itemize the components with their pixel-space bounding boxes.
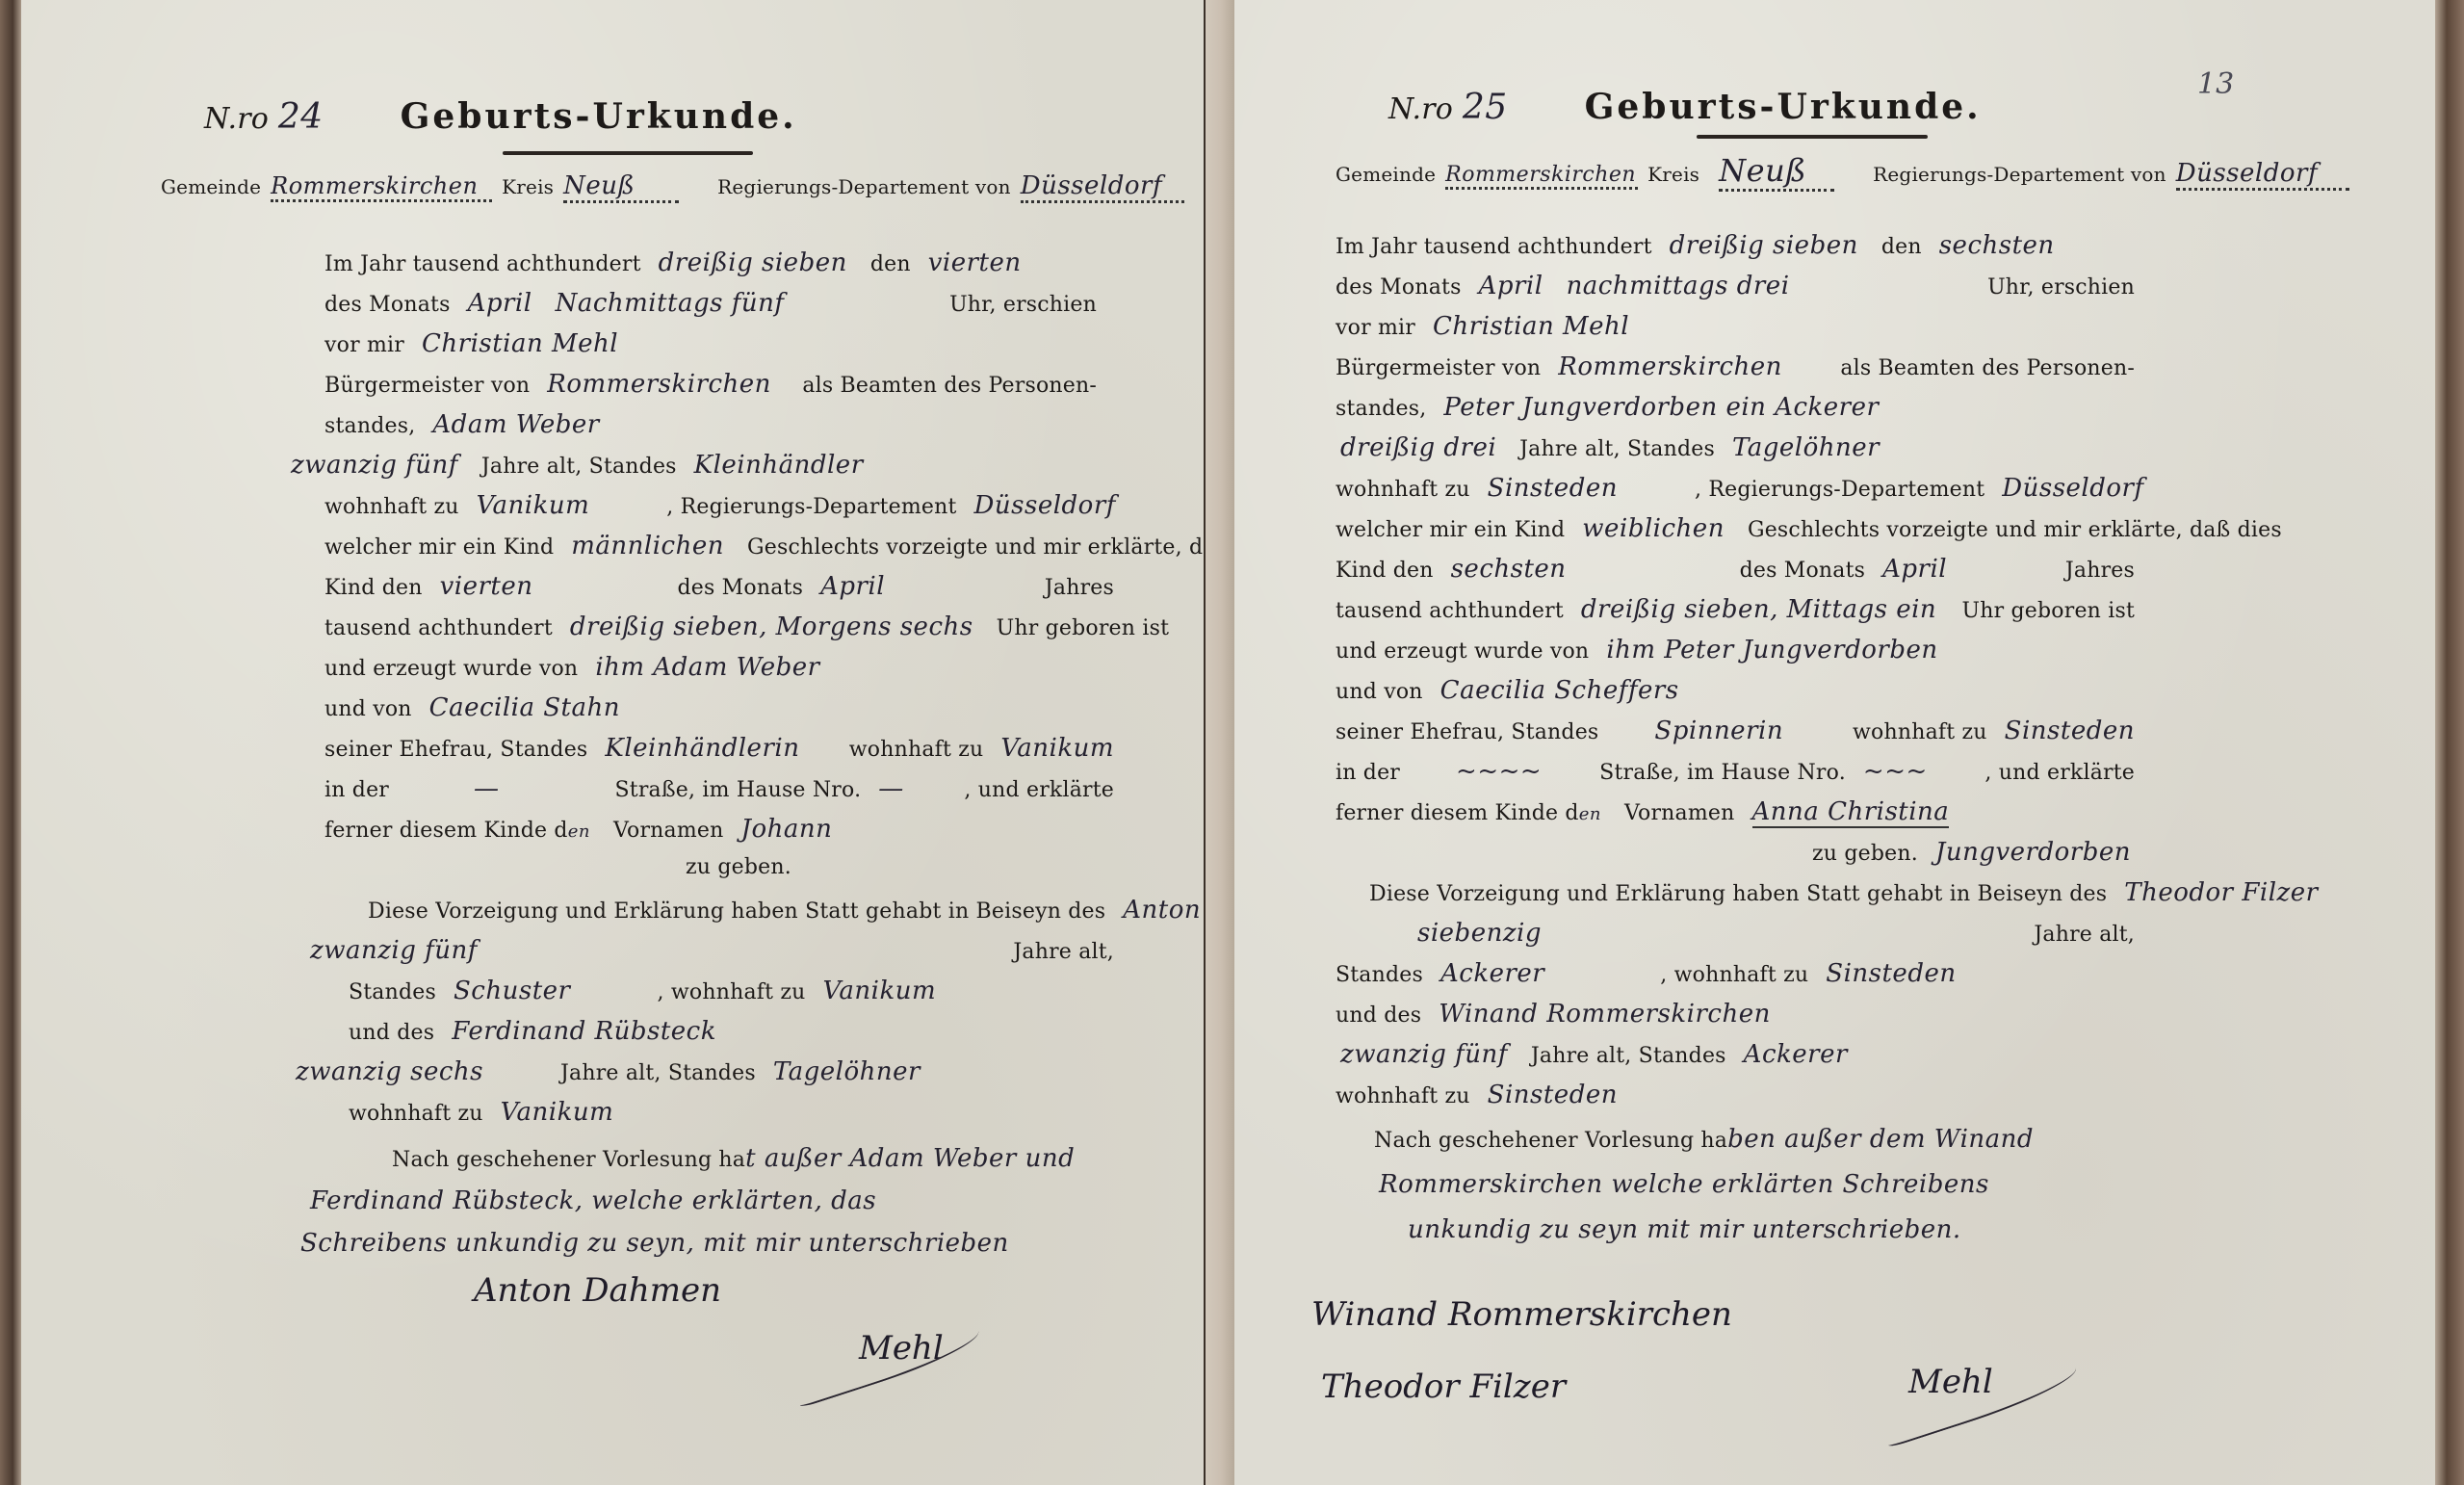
mother-residence-value: Vanikum <box>1000 734 1114 763</box>
given-name-value: Anna Christina <box>1752 797 1950 828</box>
kreis-value: Neuß <box>1719 152 1834 192</box>
label: Kind den <box>324 576 423 600</box>
label: seiner Ehefrau, Standes <box>1336 720 1598 744</box>
label: Jahres <box>2065 559 2135 583</box>
label: ferner diesem Kinde d <box>324 819 568 843</box>
year-value: dreißig sieben <box>1670 231 1858 260</box>
label: Diese Vorzeigung und Erklärung haben Sta… <box>368 899 1105 924</box>
label: , und erklärte <box>1984 761 2135 785</box>
certificate-number: N.ro 25 <box>1388 88 1508 127</box>
line-official: vor mir Christian Mehl <box>324 329 641 358</box>
line-witness1-standes: Standes Ackerer , wohnhaft zu Sinsteden <box>1336 959 1980 988</box>
nr-prefix: N.ro <box>204 102 269 136</box>
label: Uhr, erschien <box>1987 275 2135 300</box>
line-street: in der ~~~~ Straße, im Hause Nro. ~~~ , … <box>1336 757 2135 786</box>
declarant-departement-value: Düsseldorf <box>2002 474 2143 503</box>
label: standes, <box>324 414 415 438</box>
witness2-standes-value: Ackerer <box>1744 1040 1848 1069</box>
label: Straße, im Hause Nro. <box>615 778 862 802</box>
line-child-sex: welcher mir ein Kind männlichen Geschlec… <box>324 532 1114 560</box>
birth-day-value: vierten <box>440 572 533 601</box>
witness1-standes-value: Schuster <box>454 977 570 1005</box>
line-declarant-residence: wohnhaft zu Vanikum , Regierungs-Departe… <box>324 491 1139 520</box>
label: Uhr geboren ist <box>1961 599 2135 623</box>
line-witness2: und des Winand Rommerskirchen <box>1336 1000 1794 1029</box>
nr-value: 25 <box>1463 88 1508 127</box>
declarant-standes-value: Kleinhändler <box>694 451 864 480</box>
signature-witness-1: Winand Rommerskirchen <box>1311 1295 1732 1334</box>
certificate-title: Geburts-Urkunde. <box>1585 87 1982 127</box>
line-declarant-age: zwanzig fünf Jahre alt, Standes Kleinhän… <box>291 451 887 480</box>
mother-residence-value: Sinsteden <box>2005 716 2135 745</box>
article-value: en <box>1579 804 1601 824</box>
certificate-title: Geburts-Urkunde. <box>401 96 797 137</box>
label: Geschlechts vorzeigte und mir erklärte, … <box>747 535 1282 560</box>
line-father: und erzeugt wurde von ihm Adam Weber <box>324 653 843 682</box>
witness1-age-value: siebenzig <box>1417 919 1542 948</box>
witness1-residence-value: Vanikum <box>823 977 937 1005</box>
label: zu geben. <box>1812 842 1918 866</box>
line-declarant-age: dreißig drei Jahre alt, Standes Tagelöhn… <box>1340 433 1903 462</box>
child-sex-value: männlichen <box>571 532 724 560</box>
label: tausend achthundert <box>324 616 553 640</box>
time-value: nachmittags drei <box>1567 272 1790 300</box>
label: , wohnhaft zu <box>1660 963 1808 987</box>
line-mother: und von Caecilia Scheffers <box>1336 676 1702 705</box>
label: in der <box>324 778 389 802</box>
label: Vornamen <box>1624 801 1735 825</box>
label: Uhr geboren ist <box>997 616 1170 640</box>
line-month: des Monats April nachmittags drei Uhr, e… <box>1336 272 2135 300</box>
line-closing-3: unkundig zu seyn mit mir unterschrieben. <box>1408 1215 1984 1244</box>
line-buergermeister: Bürgermeister von Rommerskirchen als Bea… <box>1336 352 2135 381</box>
birth-month-value: April <box>1882 555 1947 584</box>
label: , wohnhaft zu <box>657 980 805 1004</box>
label: seiner Ehefrau, Standes <box>324 738 587 762</box>
closing-value: ben außer dem Winand <box>1727 1125 2034 1154</box>
line-year: Im Jahr tausend achthundert dreißig sieb… <box>1336 231 2078 260</box>
line-witness2-age: zwanzig sechs Jahre alt, Standes Tagelöh… <box>296 1057 944 1086</box>
father-value: ihm Peter Jungverdorben <box>1606 636 1937 664</box>
closing-line2-value: Rommerskirchen welche erklärten Schreibe… <box>1379 1170 1989 1199</box>
line-birth-year: tausend achthundert dreißig sieben, Morg… <box>324 612 1114 641</box>
departement-value: Düsseldorf <box>2176 159 2349 191</box>
signature-witness: Anton Dahmen <box>474 1271 721 1310</box>
birth-month-value: April <box>820 572 885 601</box>
book-gutter <box>1204 0 1236 1485</box>
label: wohnhaft zu <box>324 495 459 519</box>
label: des Monats <box>1336 275 1462 300</box>
kreis-label: Kreis <box>502 175 554 198</box>
label: , Regierungs-Departement <box>1695 478 1984 502</box>
line-witness2: und des Ferdinand Rübsteck <box>349 1017 739 1046</box>
title-rule <box>1697 135 1928 139</box>
declarant-age-value: dreißig drei <box>1340 433 1496 462</box>
line-given-name: ferner diesem Kinde d en Vornamen Anna C… <box>1336 797 1972 828</box>
declarant-value: Adam Weber <box>432 410 599 439</box>
line-witness1-age: zwanzig fünf Jahre alt, <box>310 936 1114 965</box>
line-zu-geben: zu geben. <box>686 855 809 879</box>
line-witness1-standes: Standes Schuster , wohnhaft zu Vanikum <box>349 977 959 1005</box>
closing-line2-value: Ferdinand Rübsteck, welche erklärten, da… <box>310 1186 876 1215</box>
line-buergermeister: Bürgermeister von Rommerskirchen als Bea… <box>324 370 1114 399</box>
certificate-25: N.ro 25 Geburts-Urkunde. Gemeinde Rommer… <box>1234 0 2435 1485</box>
label: vor mir <box>1336 316 1415 340</box>
line-witness2-age: zwanzig fünf Jahre alt, Standes Ackerer <box>1340 1040 1871 1069</box>
line-mother-standes: seiner Ehefrau, Standes Kleinhändlerin w… <box>324 734 1114 763</box>
label: zu geben. <box>686 855 791 879</box>
label: und erzeugt wurde von <box>1336 639 1589 664</box>
year-value: dreißig sieben <box>659 248 847 277</box>
label: und von <box>324 697 412 721</box>
declarant-value: Peter Jungverdorben ein Ackerer <box>1443 393 1879 422</box>
mother-value: Caecilia Stahn <box>429 693 620 722</box>
label: Uhr, erschien <box>949 293 1097 317</box>
nr-value: 24 <box>278 97 324 137</box>
label: als Beamten des Personen- <box>802 374 1097 398</box>
line-birth-year: tausend achthundert dreißig sieben, Mitt… <box>1336 595 2135 624</box>
street-value: ~~~~ <box>1456 757 1542 786</box>
label: Standes <box>349 980 436 1004</box>
gemeinde-label: Gemeinde <box>161 175 261 198</box>
mother-standes-value: Spinnerin <box>1654 716 1783 745</box>
label: Jahres <box>1045 576 1114 600</box>
mother-value: Caecilia Scheffers <box>1440 676 1679 705</box>
kreis-label: Kreis <box>1647 163 1699 186</box>
declarant-standes-value: Tagelöhner <box>1732 433 1880 462</box>
label: tausend achthundert <box>1336 599 1564 623</box>
label: Nach geschehener Vorlesung ha <box>1374 1129 1727 1153</box>
certificate-24: N.ro 24 Geburts-Urkunde. Gemeinde Rommer… <box>21 0 1204 1485</box>
line-mother: und von Caecilia Stahn <box>324 693 643 722</box>
line-official: vor mir Christian Mehl <box>1336 312 1652 341</box>
declarant-age-value: zwanzig fünf <box>291 451 458 480</box>
label: Bürgermeister von <box>1336 356 1541 380</box>
declarant-residence-value: Sinsteden <box>1488 474 1618 503</box>
line-closing: Nach geschehener Vorlesung ha ben außer … <box>1374 1125 2057 1154</box>
left-page: N.ro 24 Geburts-Urkunde. Gemeinde Rommer… <box>21 0 1204 1485</box>
label: als Beamten des Personen- <box>1840 356 2135 380</box>
witness2-value: Winand Rommerskirchen <box>1439 1000 1771 1029</box>
line-year: Im Jahr tausend achthundert dreißig sieb… <box>324 248 1045 277</box>
witness1-value: Theodor Filzer <box>2124 878 2318 907</box>
buergermeister-value: Rommerskirchen <box>547 370 771 399</box>
certificate-number: N.ro 24 <box>204 97 324 137</box>
label: und des <box>349 1021 434 1045</box>
label: welcher mir ein Kind <box>1336 518 1565 542</box>
line-witness2-residence: wohnhaft zu Sinsteden <box>1336 1081 1641 1109</box>
book-edge-right <box>2435 0 2464 1485</box>
book-edge-left <box>0 0 21 1485</box>
label: ferner diesem Kinde d <box>1336 801 1579 825</box>
article-value: en <box>568 821 590 842</box>
line-zu-geben: zu geben. Jungverdorben <box>1812 838 2154 867</box>
gemeinde-value: Rommerskirchen <box>271 172 492 202</box>
line-witness1: Diese Vorzeigung und Erklärung haben Sta… <box>1369 878 2342 907</box>
label: Jahre alt, Standes <box>1531 1044 1726 1068</box>
witness2-standes-value: Tagelöhner <box>773 1057 921 1086</box>
day-value: vierten <box>928 248 1022 277</box>
nr-prefix: N.ro <box>1388 92 1453 126</box>
line-witness1-age: siebenzig Jahre alt, <box>1417 919 2135 948</box>
label: Im Jahr tausend achthundert <box>1336 235 1652 259</box>
label: wohnhaft zu <box>849 738 984 762</box>
label: wohnhaft zu <box>1336 478 1470 502</box>
title-rule <box>503 151 753 155</box>
label: Bürgermeister von <box>324 374 530 398</box>
line-closing-3: Schreibens unkundig zu seyn, mit mir unt… <box>300 1229 1032 1258</box>
label: , Regierungs-Departement <box>666 495 956 519</box>
location-row: Gemeinde Rommerskirchen Kreis Neuß Regie… <box>161 171 1184 203</box>
birth-year-time-value: dreißig sieben, Mittags ein <box>1581 595 1936 624</box>
official-value: Christian Mehl <box>1433 312 1629 341</box>
departement-value: Düsseldorf <box>1021 171 1184 203</box>
label: Jahre alt, Standes <box>1519 437 1715 461</box>
book-spread: N.ro 24 Geburts-Urkunde. Gemeinde Rommer… <box>0 0 2464 1485</box>
line-birth-date: Kind den sechsten des Monats April Jahre… <box>1336 555 2135 584</box>
label: wohnhaft zu <box>349 1102 483 1126</box>
line-child-sex: welcher mir ein Kind weiblichen Geschlec… <box>1336 514 2135 543</box>
label: den <box>1881 235 1922 259</box>
label: , und erklärte <box>964 778 1114 802</box>
line-declarant: standes, Adam Weber <box>324 410 623 439</box>
line-given-name: ferner diesem Kinde d en Vornamen Johann <box>324 815 855 844</box>
witness1-standes-value: Ackerer <box>1440 959 1544 988</box>
kreis-value: Neuß <box>563 171 679 203</box>
label: standes, <box>1336 397 1426 421</box>
label: Vornamen <box>613 819 724 843</box>
closing-line3-value: unkundig zu seyn mit mir unterschrieben. <box>1408 1215 1961 1244</box>
mother-standes-value: Kleinhändlerin <box>605 734 799 763</box>
annotation-value: Jungverdorben <box>1935 838 2131 867</box>
line-street: in der — Straße, im Hause Nro. — , und e… <box>324 774 1114 803</box>
label: des Monats <box>324 293 451 317</box>
departement-label: Regierungs-Departement von <box>1873 163 2166 186</box>
line-closing: Nach geschehener Vorlesung ha t außer Ad… <box>392 1144 1098 1173</box>
witness2-value: Ferdinand Rübsteck <box>452 1017 716 1046</box>
label: Jahre alt, Standes <box>481 455 677 479</box>
line-closing-2: Rommerskirchen welche erklärten Schreibe… <box>1379 1170 2012 1199</box>
label: Straße, im Hause Nro. <box>1599 761 1846 785</box>
line-birth-date: Kind den vierten des Monats April Jahres <box>324 572 1114 601</box>
witness1-age-value: zwanzig fünf <box>310 936 478 965</box>
gemeinde-value: Rommerskirchen <box>1445 163 1638 190</box>
time-value: Nachmittags fünf <box>556 289 785 318</box>
label: Jahre alt, <box>2034 923 2135 947</box>
declarant-residence-value: Vanikum <box>477 491 590 520</box>
line-witness2-residence: wohnhaft zu Vanikum <box>349 1098 636 1127</box>
witness2-residence-value: Sinsteden <box>1488 1081 1618 1109</box>
departement-label: Regierungs-Departement von <box>717 175 1011 198</box>
witness2-age-value: zwanzig fünf <box>1340 1040 1508 1069</box>
closing-value: t außer Adam Weber und <box>745 1144 1075 1173</box>
label: Standes <box>1336 963 1423 987</box>
label: Jahre alt, <box>1013 940 1114 964</box>
label: wohnhaft zu <box>1336 1084 1470 1108</box>
line-witness1: Diese Vorzeigung und Erklärung haben Sta… <box>368 896 1341 925</box>
label: des Monats <box>678 576 804 600</box>
label: in der <box>1336 761 1400 785</box>
house-no-value: — <box>878 774 904 803</box>
label: Kind den <box>1336 559 1434 583</box>
gemeinde-label: Gemeinde <box>1336 163 1436 186</box>
label: wohnhaft zu <box>1853 720 1987 744</box>
location-row: Gemeinde Rommerskirchen Kreis Neuß Regie… <box>1336 152 2349 192</box>
label: welcher mir ein Kind <box>324 535 554 560</box>
day-value: sechsten <box>1939 231 2055 260</box>
witness2-age-value: zwanzig sechs <box>296 1057 483 1086</box>
house-no-value: ~~~ <box>1863 757 1928 786</box>
line-month: des Monats April Nachmittags fünf Uhr, e… <box>324 289 1114 318</box>
label: des Monats <box>1740 559 1866 583</box>
closing-line3-value: Schreibens unkundig zu seyn, mit mir unt… <box>300 1229 1009 1258</box>
label: Diese Vorzeigung und Erklärung haben Sta… <box>1369 882 2107 906</box>
label: und des <box>1336 1003 1421 1028</box>
label: und erzeugt wurde von <box>324 657 578 681</box>
label: Im Jahr tausend achthundert <box>324 252 641 276</box>
signature-witness-2: Theodor Filzer <box>1321 1368 1566 1406</box>
line-closing-2: Ferdinand Rübsteck, welche erklärten, da… <box>310 1186 899 1215</box>
label: Jahre alt, Standes <box>560 1061 756 1085</box>
label: den <box>870 252 911 276</box>
certificate-header: N.ro 24 Geburts-Urkunde. <box>204 96 797 137</box>
father-value: ihm Adam Weber <box>595 653 819 682</box>
official-value: Christian Mehl <box>422 329 618 358</box>
month-value: April <box>1479 272 1543 300</box>
label: Nach geschehener Vorlesung ha <box>392 1148 745 1172</box>
right-page: 13 N.ro 25 Geburts-Urkunde. Gemeinde Rom… <box>1234 0 2435 1485</box>
line-declarant: standes, Peter Jungverdorben ein Ackerer <box>1336 393 1902 422</box>
given-name-value: Johann <box>741 815 833 844</box>
line-mother-standes: seiner Ehefrau, Standes Spinnerin wohnha… <box>1336 716 2135 745</box>
month-value: April <box>468 289 532 318</box>
line-father: und erzeugt wurde von ihm Peter Jungverd… <box>1336 636 1961 664</box>
birth-year-time-value: dreißig sieben, Morgens sechs <box>570 612 973 641</box>
witness1-residence-value: Sinsteden <box>1826 959 1956 988</box>
witness2-residence-value: Vanikum <box>501 1098 614 1127</box>
buergermeister-value: Rommerskirchen <box>1558 352 1782 381</box>
birth-day-value: sechsten <box>1451 555 1567 584</box>
child-sex-value: weiblichen <box>1582 514 1725 543</box>
label: Geschlechts vorzeigte und mir erklärte, … <box>1748 518 2282 542</box>
label: vor mir <box>324 333 404 357</box>
declarant-departement-value: Düsseldorf <box>974 491 1116 520</box>
line-declarant-residence: wohnhaft zu Sinsteden , Regierungs-Depar… <box>1336 474 2167 503</box>
certificate-header: N.ro 25 Geburts-Urkunde. <box>1388 87 1982 127</box>
label: und von <box>1336 680 1423 704</box>
street-value: — <box>474 774 500 803</box>
